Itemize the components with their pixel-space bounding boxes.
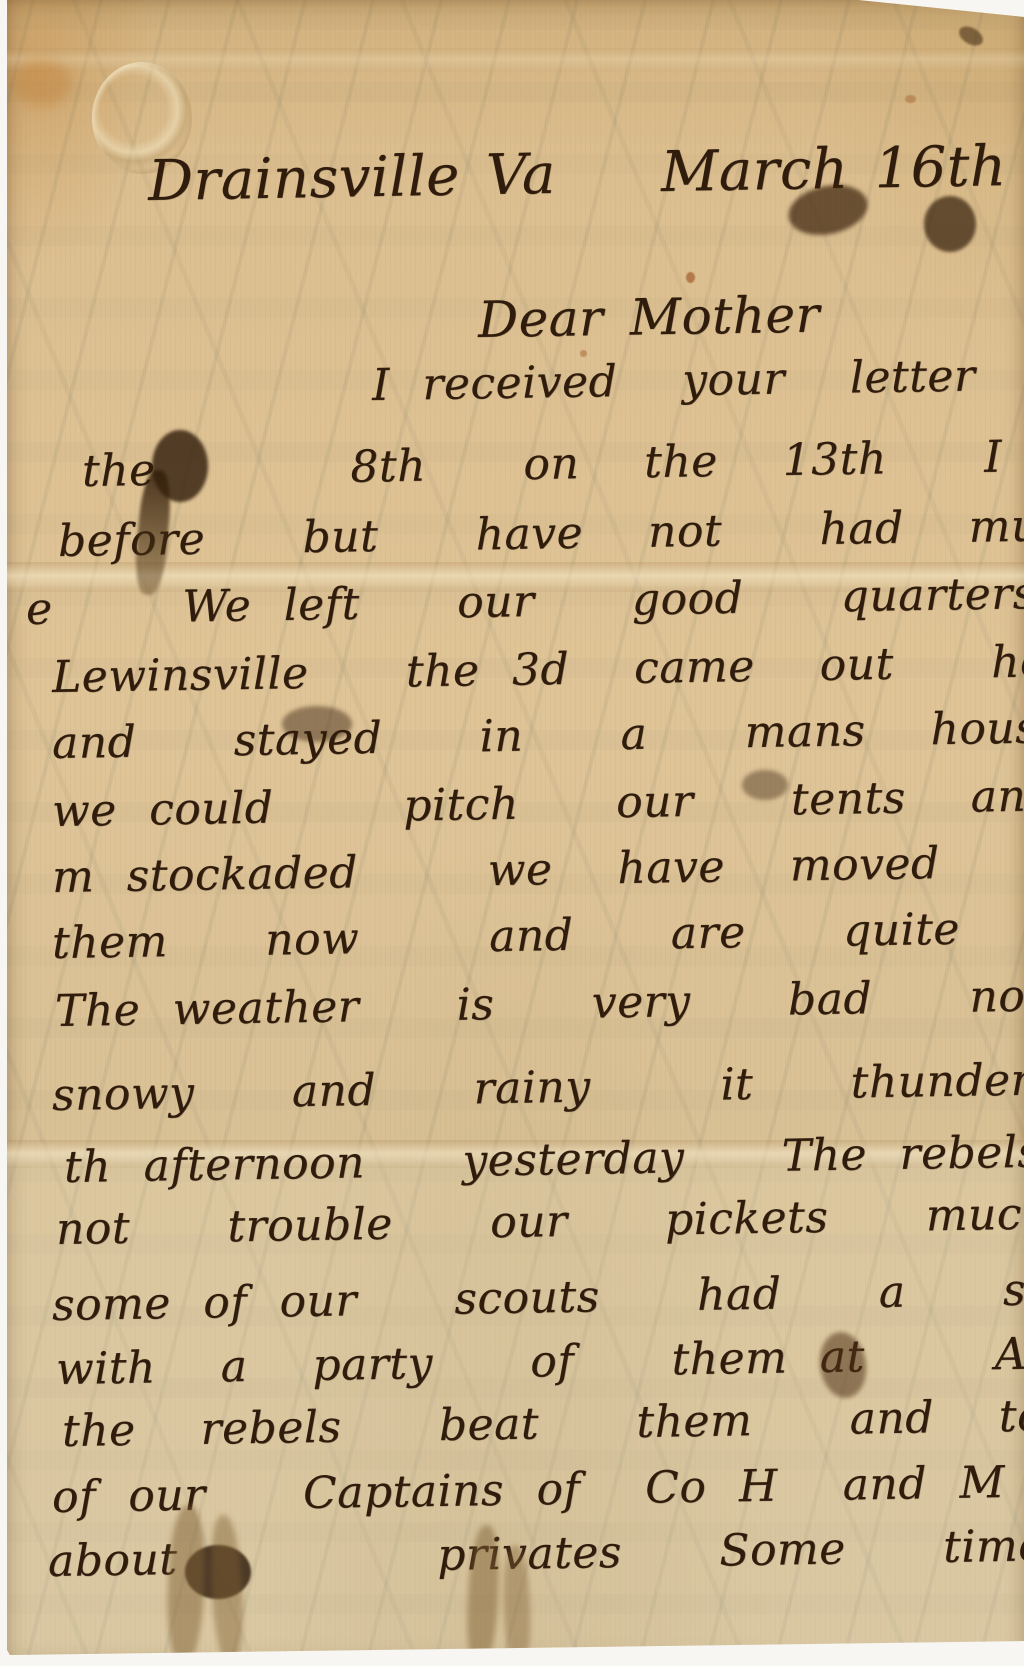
- scanned-letter-image: Drainsville Va March 16th 1863 Dear Moth…: [0, 0, 1024, 1666]
- salutation: Dear Mother: [478, 289, 821, 346]
- letter-page: Drainsville Va March 16th 1863 Dear Moth…: [0, 0, 1024, 1666]
- dateline: Drainsville Va March 16th 1863: [148, 138, 1024, 208]
- corner-stain: [12, 60, 72, 106]
- rust-speck-3: [905, 95, 916, 103]
- ink-correction-andget: [742, 770, 788, 800]
- rust-speck-2: [580, 350, 587, 357]
- ink-correction-stayed: [282, 706, 352, 742]
- letter-line: I received your letter of: [372, 349, 1024, 412]
- ink-blot-year: [924, 196, 976, 252]
- rust-speck-1: [686, 272, 695, 283]
